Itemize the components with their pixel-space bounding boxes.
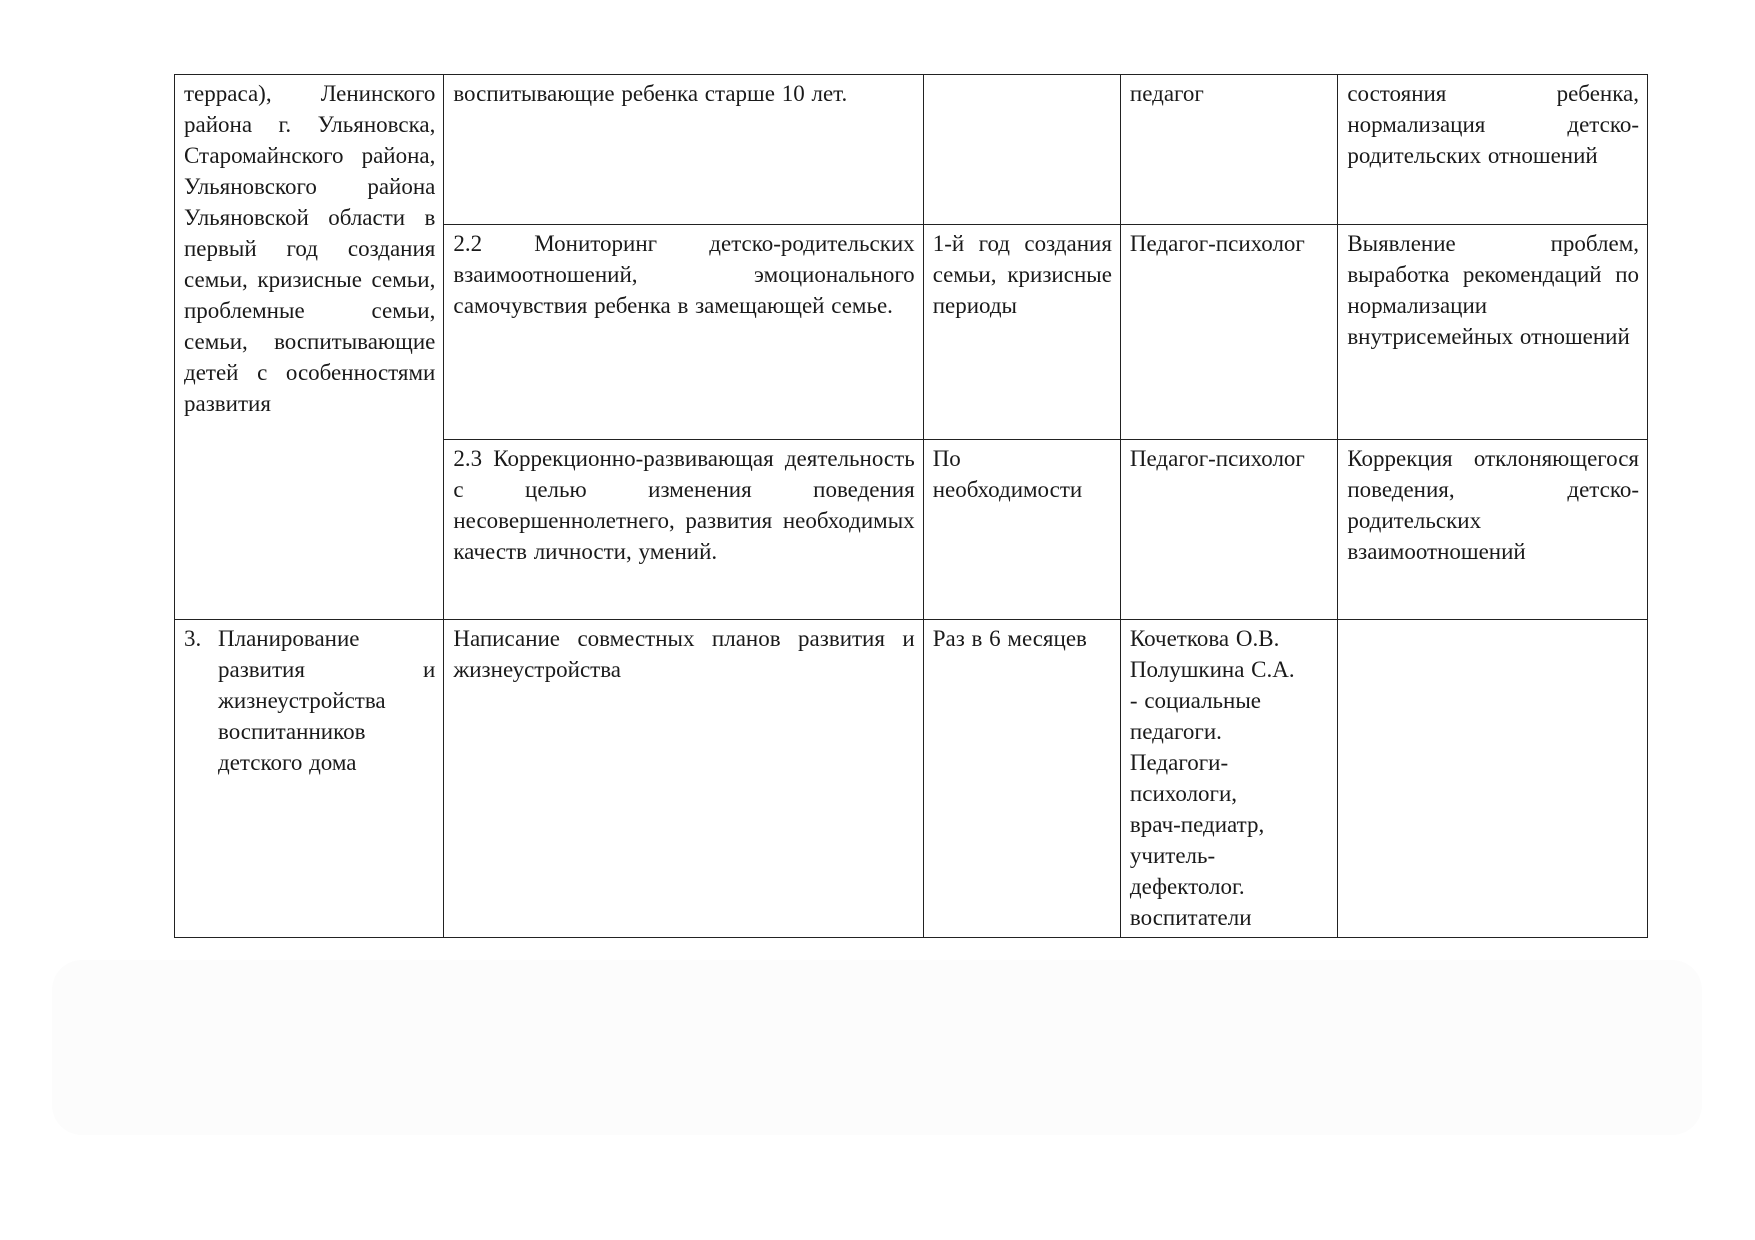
timing-cell [923, 75, 1120, 225]
responsible-cell: Педагог-психолог [1120, 225, 1337, 440]
responsible-cell: Кочеткова О.В. Полушкина С.А. - социальн… [1120, 620, 1337, 938]
result-cell: состояния ребенка, нормализация детско-р… [1338, 75, 1648, 225]
timing-cell: 1-й год создания семьи, кризисные период… [923, 225, 1120, 440]
staff-line: Полушкина С.А. [1130, 654, 1329, 685]
activity-cell: 2.3 Коррекционно-развивающая деятельност… [444, 440, 923, 620]
activity-cell: воспитывающие ребенка старше 10 лет. [444, 75, 923, 225]
staff-line: врач-педиатр, [1130, 809, 1329, 840]
activity-cell: Написание совместных планов развития и ж… [444, 620, 923, 938]
responsible-cell: педагог [1120, 75, 1337, 225]
result-cell [1338, 620, 1648, 938]
result-cell: Выявление проблем, выработка рекомендаци… [1338, 225, 1648, 440]
staff-line: Кочеткова О.В. [1130, 623, 1329, 654]
table-row: 3. Планирование развития и жизнеустройст… [175, 620, 1648, 938]
timing-cell: По необходимости [923, 440, 1120, 620]
responsible-cell: Педагог-психолог [1120, 440, 1337, 620]
timing-cell: Раз в 6 месяцев [923, 620, 1120, 938]
staff-line: Педагоги-психологи, [1130, 747, 1329, 809]
staff-line: - социальные педагоги. [1130, 685, 1329, 747]
item-number: 3. [184, 623, 218, 778]
scan-background-shade [52, 960, 1702, 1135]
target-group-cell: 3. Планирование развития и жизнеустройст… [175, 620, 444, 938]
plan-table: терраса), Ленинского района г. Ульяновск… [174, 74, 1648, 938]
staff-line: учитель-дефектолог. [1130, 840, 1329, 902]
numbered-item: 3. Планирование развития и жизнеустройст… [184, 623, 435, 778]
activity-cell: 2.2 Мониторинг детско-родительских взаим… [444, 225, 923, 440]
target-group-cell: терраса), Ленинского района г. Ульяновск… [175, 75, 444, 620]
table-row: терраса), Ленинского района г. Ульяновск… [175, 75, 1648, 225]
staff-line: воспитатели [1130, 902, 1329, 933]
item-text: Планирование развития и жизнеустройства … [218, 623, 435, 778]
result-cell: Коррекция отклоняющегося поведения, детс… [1338, 440, 1648, 620]
